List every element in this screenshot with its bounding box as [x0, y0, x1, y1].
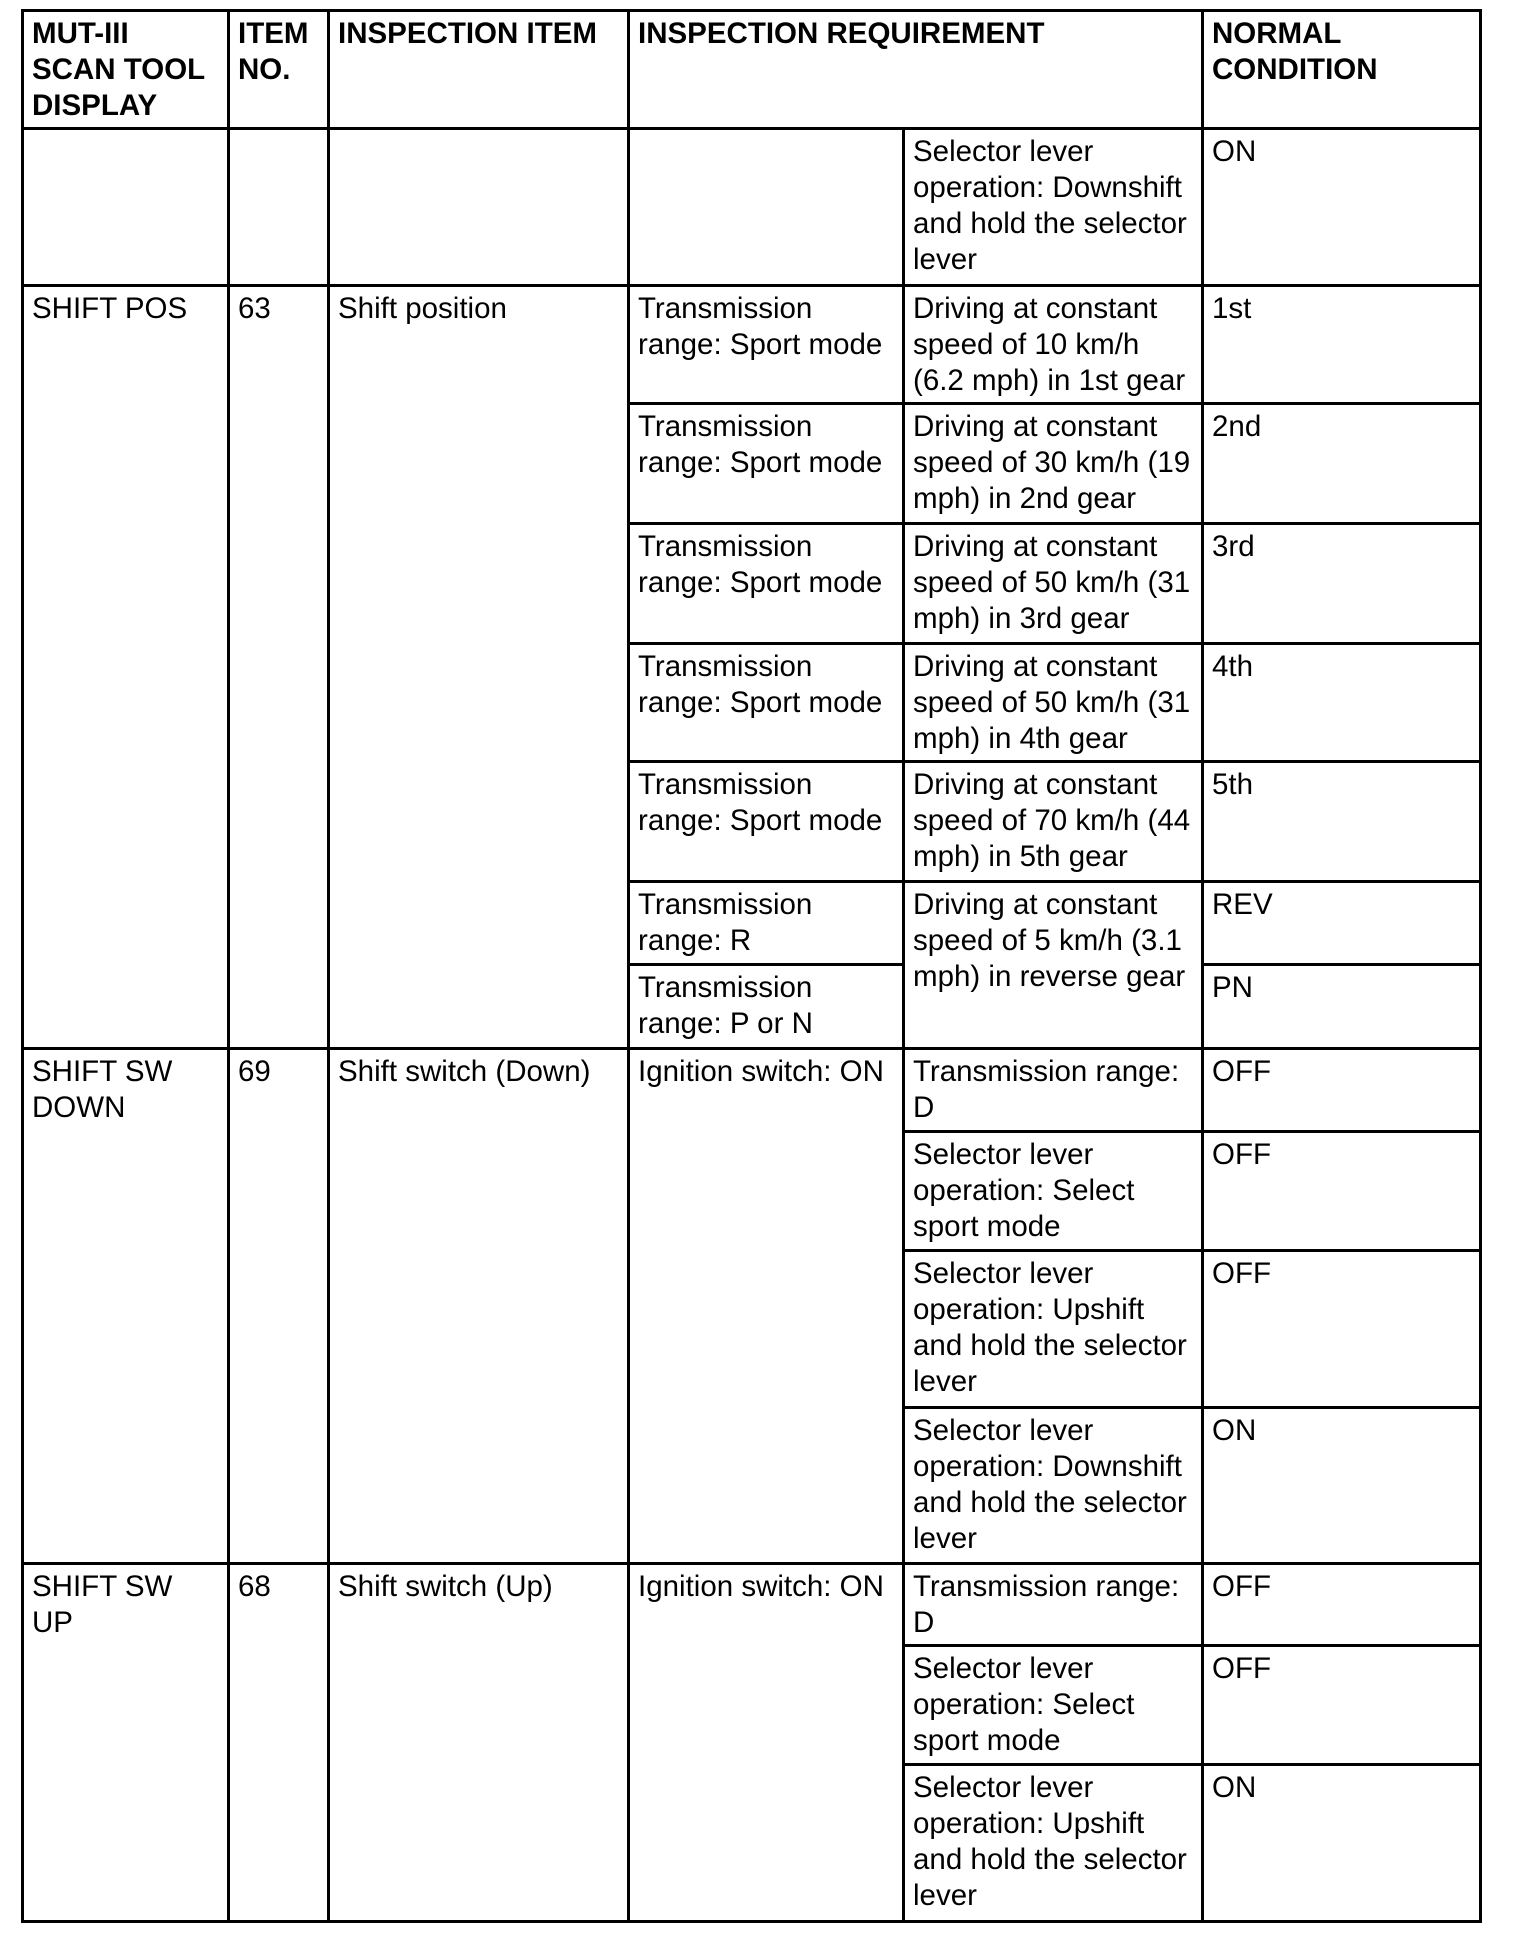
header-item-no: ITEM NO. — [227, 9, 330, 130]
normal-condition-shift-sw-up: ON — [1201, 1763, 1482, 1923]
requirement-2-shift-sw-up: Transmission range: D — [902, 1562, 1204, 1647]
inspection-item-shift-sw-up: Shift switch (Up) — [327, 1562, 630, 1923]
requirement-1-shift-pos: Transmission range: R — [627, 880, 905, 966]
continued-item-no — [227, 127, 330, 287]
requirement-1-shift-pos: Transmission range: P or N — [627, 963, 905, 1050]
continued-requirement-2: Selector lever operation: Downshift and … — [902, 127, 1204, 287]
scan-tool-display-shift-sw-up: SHIFT SW UP — [21, 1562, 230, 1923]
normal-condition-shift-sw-down: OFF — [1201, 1130, 1482, 1252]
normal-condition-shift-pos: PN — [1201, 963, 1482, 1050]
requirement-2-shift-pos: Driving at constant speed of 50 km/h (31… — [902, 642, 1204, 763]
requirement-2-shift-sw-up: Selector lever operation: Select sport m… — [902, 1644, 1204, 1766]
continued-requirement-1 — [627, 127, 905, 287]
continued-normal-condition: ON — [1201, 127, 1482, 287]
requirement-1-shift-pos: Transmission range: Sport mode — [627, 642, 905, 763]
normal-condition-shift-pos: 5th — [1201, 760, 1482, 883]
item-no-shift-sw-up: 68 — [227, 1562, 330, 1923]
normal-condition-shift-sw-down: OFF — [1201, 1249, 1482, 1409]
normal-condition-shift-pos: 2nd — [1201, 402, 1482, 525]
requirement-1-shift-sw-down: Ignition switch: ON — [627, 1047, 905, 1565]
requirement-2-shift-sw-down: Selector lever operation: Downshift and … — [902, 1406, 1204, 1565]
normal-condition-shift-sw-up: OFF — [1201, 1644, 1482, 1766]
normal-condition-shift-pos: 3rd — [1201, 522, 1482, 645]
item-no-shift-sw-down: 69 — [227, 1047, 330, 1565]
requirement-2-shift-pos-reverse: Driving at constant speed of 5 km/h (3.1… — [902, 880, 1204, 1050]
normal-condition-shift-sw-down: OFF — [1201, 1047, 1482, 1133]
normal-condition-shift-sw-up: OFF — [1201, 1562, 1482, 1647]
scan-tool-display-shift-pos: SHIFT POS — [21, 284, 230, 1050]
requirement-2-shift-sw-up: Selector lever operation: Upshift and ho… — [902, 1763, 1204, 1923]
requirement-1-shift-pos: Transmission range: Sport mode — [627, 522, 905, 645]
inspection-item-shift-sw-down: Shift switch (Down) — [327, 1047, 630, 1565]
requirement-1-shift-pos: Transmission range: Sport mode — [627, 402, 905, 525]
header-normal-condition: NORMAL CONDITION — [1201, 9, 1482, 130]
normal-condition-shift-pos: REV — [1201, 880, 1482, 966]
requirement-2-shift-pos: Driving at constant speed of 50 km/h (31… — [902, 522, 1204, 645]
requirement-2-shift-sw-down: Selector lever operation: Upshift and ho… — [902, 1249, 1204, 1409]
requirement-1-shift-sw-up: Ignition switch: ON — [627, 1562, 905, 1923]
requirement-2-shift-sw-down: Transmission range: D — [902, 1047, 1204, 1133]
normal-condition-shift-pos: 4th — [1201, 642, 1482, 763]
requirement-2-shift-pos: Driving at constant speed of 30 km/h (19… — [902, 402, 1204, 525]
requirement-2-shift-pos: Driving at constant speed of 70 km/h (44… — [902, 760, 1204, 883]
requirement-2-shift-sw-down: Selector lever operation: Select sport m… — [902, 1130, 1204, 1252]
normal-condition-shift-pos: 1st — [1201, 284, 1482, 405]
inspection-table: MUT-III SCAN TOOL DISPLAYITEM NO.INSPECT… — [0, 0, 1536, 1946]
inspection-item-shift-pos: Shift position — [327, 284, 630, 1050]
requirement-2-shift-pos: Driving at constant speed of 10 km/h (6.… — [902, 284, 1204, 405]
header-inspection-requirement: INSPECTION REQUIREMENT — [627, 9, 1204, 130]
header-scan-tool-display: MUT-III SCAN TOOL DISPLAY — [21, 9, 230, 130]
item-no-shift-pos: 63 — [227, 284, 330, 1050]
continued-inspection-item — [327, 127, 630, 287]
continued-scan-tool-display — [21, 127, 230, 287]
normal-condition-shift-sw-down: ON — [1201, 1406, 1482, 1565]
header-inspection-item: INSPECTION ITEM — [327, 9, 630, 130]
requirement-1-shift-pos: Transmission range: Sport mode — [627, 284, 905, 405]
requirement-1-shift-pos: Transmission range: Sport mode — [627, 760, 905, 883]
scan-tool-display-shift-sw-down: SHIFT SW DOWN — [21, 1047, 230, 1565]
